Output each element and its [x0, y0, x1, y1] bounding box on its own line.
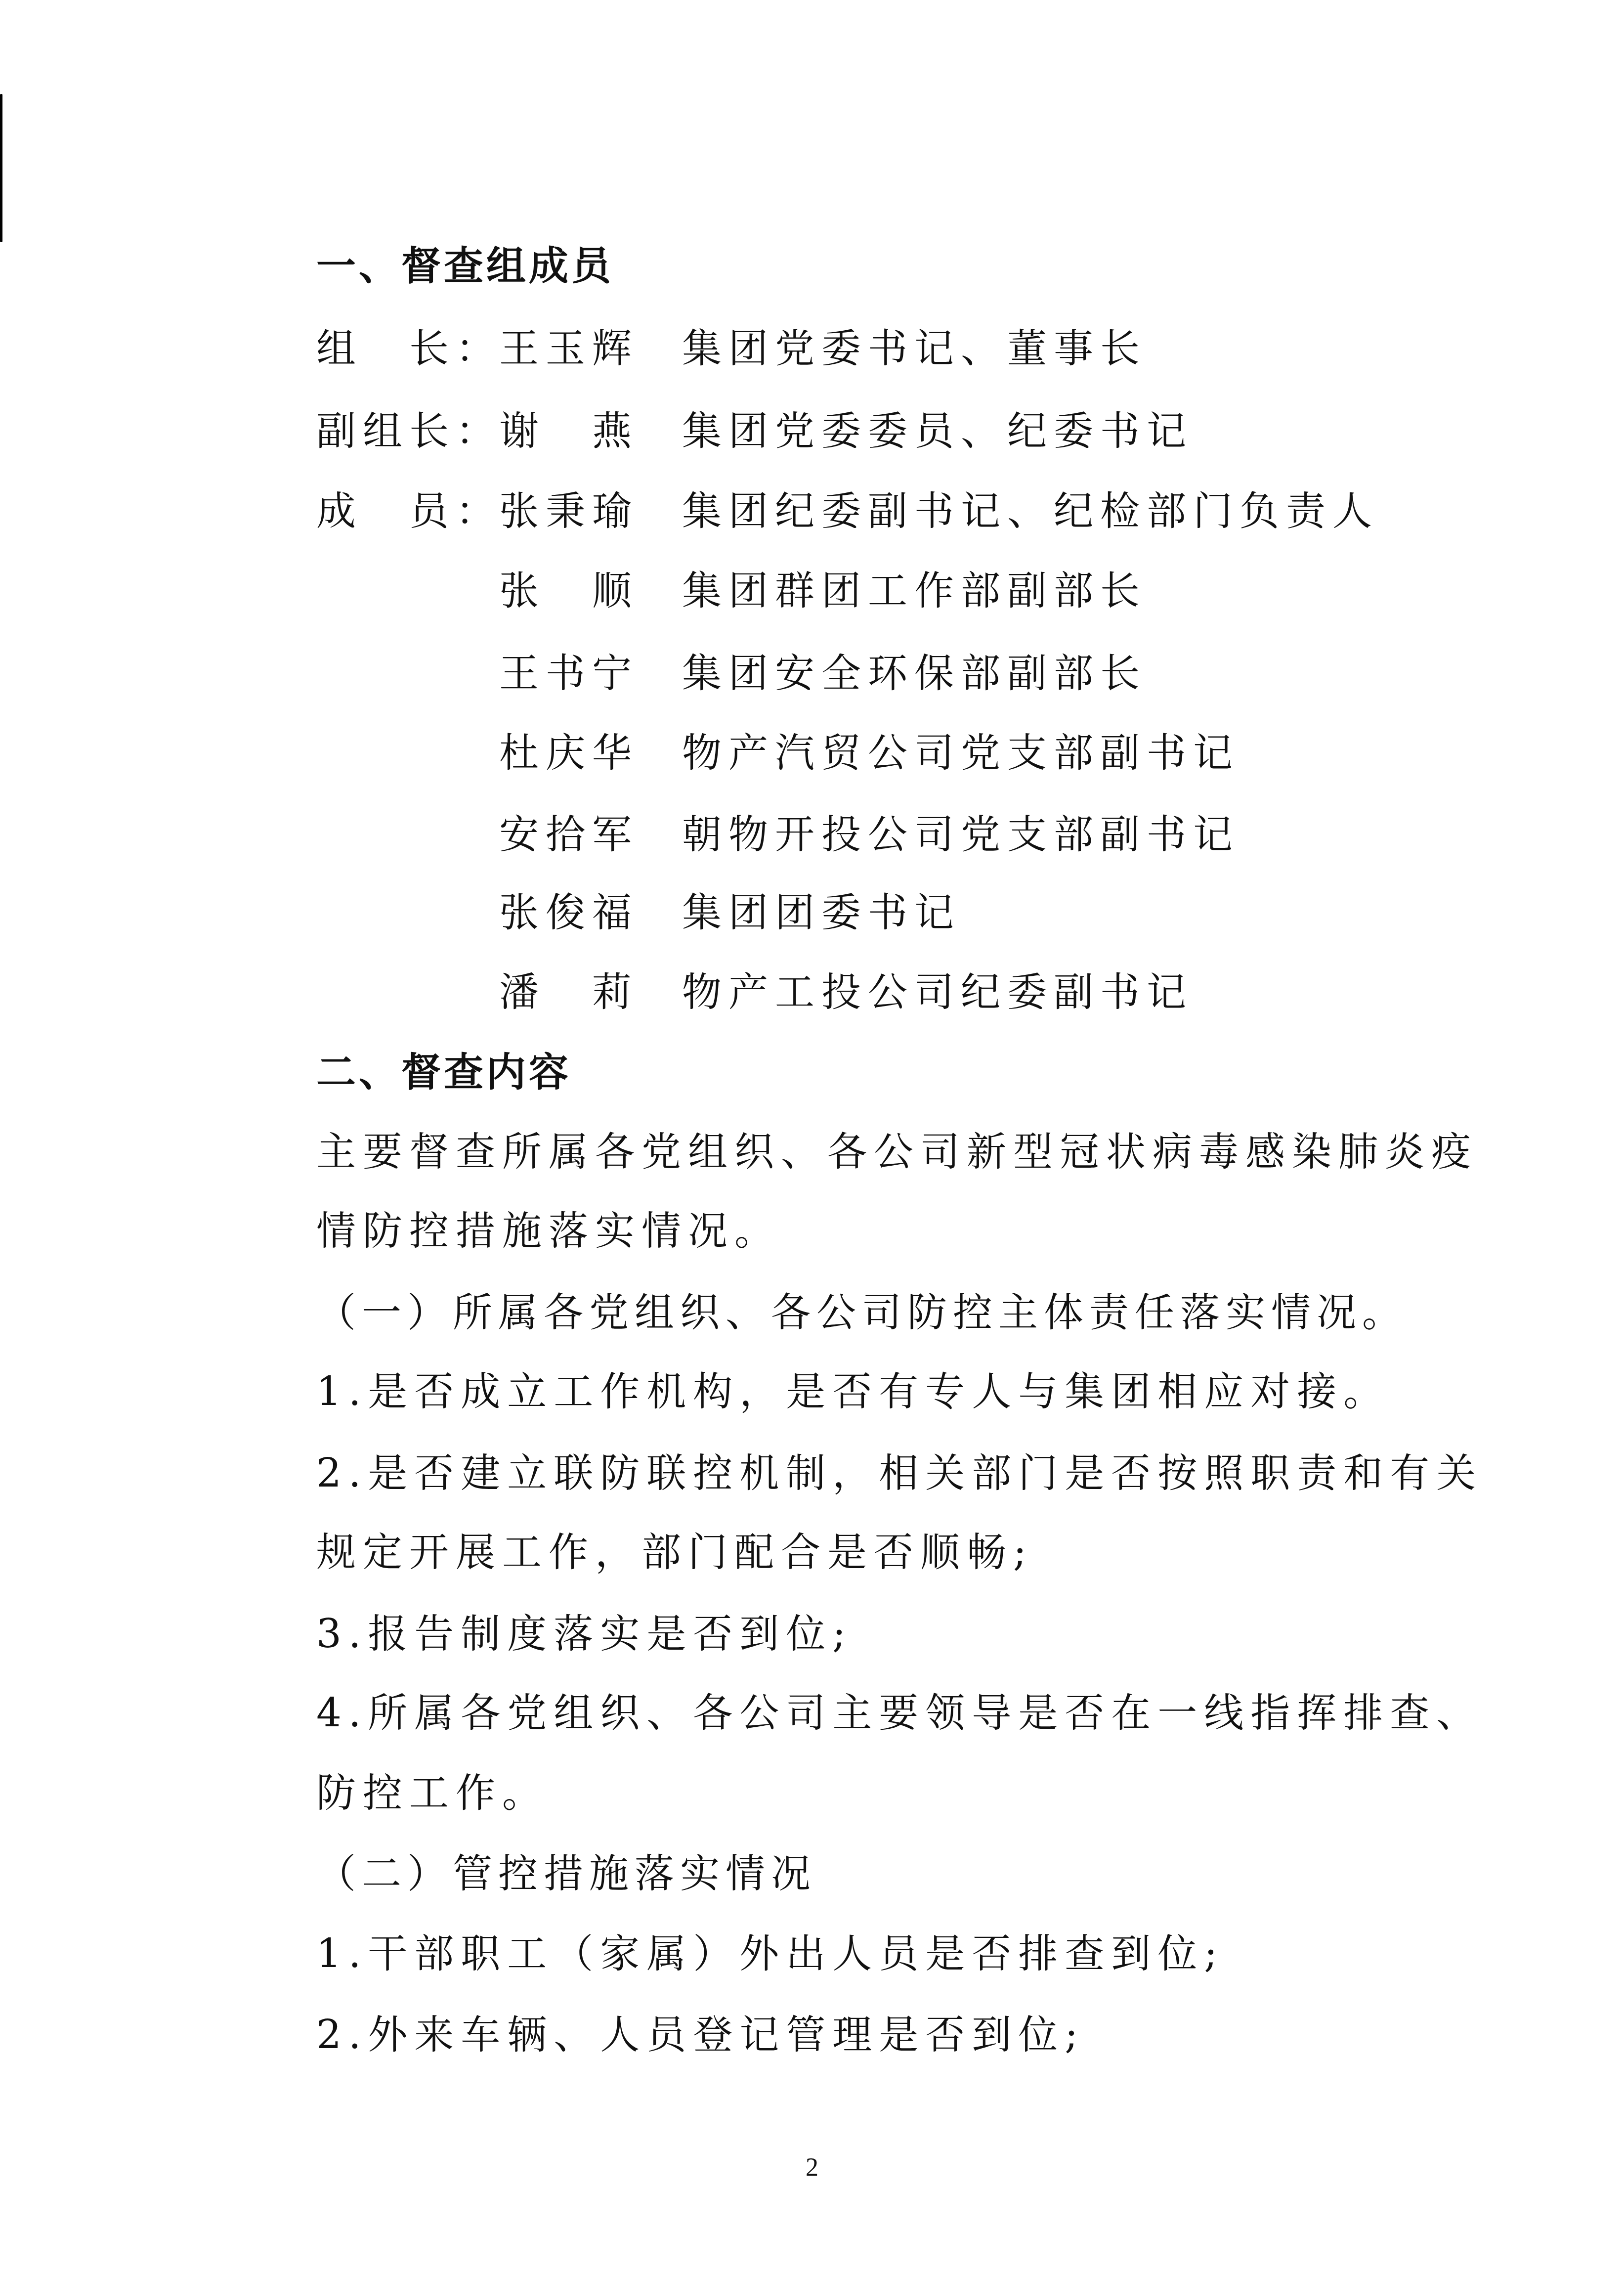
- subsection-title-2: （二）管控措施落实情况: [316, 1849, 1433, 1898]
- roster-role: 朝物开投公司党支部副书记: [682, 810, 1239, 859]
- page-number: 2: [0, 2153, 1624, 2182]
- roster-role: 物产汽贸公司党支部副书记: [682, 728, 1239, 778]
- subsection-title-1: （一）所属各党组织、各公司防控主体责任落实情况。: [316, 1288, 1433, 1337]
- roster-name: 潘 莉: [499, 967, 677, 1017]
- roster-role: 集团安全环保部副部长: [682, 649, 1147, 698]
- roster-name: 王玉辉: [499, 324, 677, 373]
- intro-paragraph-line: 情防控措施落实情况。: [316, 1206, 1433, 1256]
- checklist-item: 1.干部职工（家属）外出人员是否排查到位;: [316, 1929, 1433, 1978]
- roster-role: 集团党委委员、纪委书记: [682, 406, 1193, 456]
- checklist-item: 1.是否成立工作机构，是否有专人与集团相应对接。: [316, 1367, 1433, 1416]
- roster-name: 谢 燕: [499, 406, 677, 456]
- roster-name: 王书宁: [499, 649, 677, 698]
- scan-edge-artifact: [0, 94, 2, 242]
- roster-name: 张 顺: [499, 566, 677, 615]
- checklist-item: 4.所属各党组织、各公司主要领导是否在一线指挥排查、: [316, 1688, 1433, 1738]
- roster-role: 物产工投公司纪委副书记: [682, 967, 1193, 1017]
- roster-label: 成 员：: [316, 486, 499, 536]
- roster-name: 安拾军: [499, 810, 677, 859]
- roster-role: 集团党委书记、董事长: [682, 324, 1147, 373]
- roster-role: 集团纪委副书记、纪检部门负责人: [682, 486, 1379, 536]
- intro-paragraph-line: 主要督查所属各党组织、各公司新型冠状病毒感染肺炎疫: [316, 1127, 1433, 1177]
- roster-role: 集团群团工作部副部长: [682, 566, 1147, 615]
- checklist-item: 2.是否建立联防联控机制，相关部门是否按照职责和有关: [316, 1448, 1433, 1498]
- checklist-item: 3.报告制度落实是否到位;: [316, 1609, 1433, 1659]
- section-heading-members: 一、督查组成员: [316, 241, 614, 291]
- roster-role: 集团团委书记: [682, 888, 961, 937]
- checklist-item-cont: 规定开展工作，部门配合是否顺畅;: [316, 1528, 1433, 1577]
- checklist-item: 2.外来车辆、人员登记管理是否到位;: [316, 2010, 1433, 2059]
- roster-name: 张秉瑜: [499, 486, 677, 536]
- roster-name: 杜庆华: [499, 728, 677, 778]
- roster-name: 张俊福: [499, 888, 677, 937]
- section-heading-content: 二、督查内容: [316, 1048, 571, 1097]
- checklist-item-cont: 防控工作。: [316, 1768, 1433, 1818]
- roster-label: 副组长：: [316, 406, 499, 456]
- roster-label: 组 长：: [316, 324, 499, 373]
